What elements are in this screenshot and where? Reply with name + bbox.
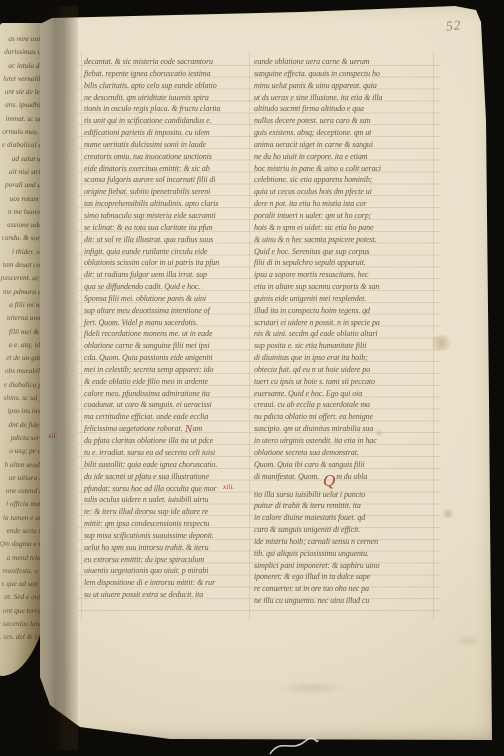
ruling-vertical-line bbox=[81, 51, 82, 621]
text-line: hoc mistriu in pane & uino u colit uerac… bbox=[254, 163, 432, 175]
manuscript-page: 52 decantat. & sic misteria eode sacramt… bbox=[40, 5, 492, 742]
text-line: decantat. & sic misteria eode sacramtoru bbox=[84, 56, 252, 68]
chapter-number-xiii: xiii. bbox=[223, 482, 234, 491]
text-line: tionis in osculo regis placa. & fructu c… bbox=[84, 103, 252, 115]
text-line: cda. Quom. Quia passionis eide unigeniti bbox=[84, 352, 252, 364]
manuscript-photo: as vere unicatdarissimas unitac intula d… bbox=[0, 0, 504, 756]
text-line: quia ut cecus oculus hois dm pfecte ui bbox=[254, 186, 432, 198]
text-line: fideli recordatione monens me. ut in ead… bbox=[84, 328, 252, 340]
folio-number: 52 bbox=[445, 17, 462, 35]
text-line: coadunat. ut caro & sanguis. ei ueraciss… bbox=[84, 399, 252, 411]
text-column-left: decantat. & sic misteria eode sacramtoru… bbox=[84, 56, 252, 601]
text-line: poralit intueri n ualet: qm ut ho corp; bbox=[254, 210, 432, 222]
text-line: altitudo sacmti firma altitudo e qua bbox=[254, 103, 432, 115]
text-line: anima ueracit uiget in carne & sangui bbox=[254, 139, 432, 151]
text-line: suscipio. qm ut diuinitas mirabilia sua bbox=[254, 423, 432, 435]
text-line: caro & sanguis unigeniti di efficit. bbox=[254, 524, 432, 536]
text-line: creatoris omiu. tua inuocatione unctioni… bbox=[84, 151, 252, 163]
text-line: eu extrorsu emittit: du ipse spiraculum bbox=[84, 554, 252, 566]
parchment-stain bbox=[455, 635, 481, 647]
text-line: sconsa fulgoris aurore sol incarnati fil… bbox=[84, 174, 252, 186]
text-line: te: & iteru illud deorsu sup ide altare … bbox=[84, 506, 252, 518]
text-line: bilis claritatis. apto celo sup eande ob… bbox=[84, 80, 252, 92]
text-line: du ide sacmti ut pfatu e sua illustratio… bbox=[84, 471, 252, 483]
text-line: origine fiebat. subito ipenetrabilis ser… bbox=[84, 186, 252, 198]
text-line: ma certitudine efficiat. unde eade eccli… bbox=[84, 411, 252, 423]
text-line: tis unit qui in scificatione candidandus… bbox=[84, 115, 252, 127]
text-line: sup altare meu deuotissima intentione of bbox=[84, 305, 252, 317]
bookmark-thread bbox=[266, 736, 320, 756]
text-line: qua se diffundendo cadit. Quid e hoc. bbox=[84, 281, 252, 293]
text-line: du pfata claritas oblatione illa ita ut … bbox=[84, 435, 252, 447]
text-line: nu pdicta oblatio mi offert. ea benigne bbox=[254, 411, 432, 423]
text-line: simo tabnaculo sup misteria eide sacramt… bbox=[84, 210, 252, 222]
text-line: sanguine effecta. quauis in conspectu ho bbox=[254, 68, 432, 80]
text-line: dit: ut sol re illa illustrat. qua radiu… bbox=[84, 234, 252, 246]
text-line: sup posita e. sic etia humanitate filii bbox=[254, 340, 432, 352]
text-line: ne du ho uiuit in corpore. ita e etiam bbox=[254, 151, 432, 163]
parchment-stain bbox=[441, 508, 455, 519]
text-line: hois & n spm ei uidet: sic etia ho pane bbox=[254, 222, 432, 234]
text-line: eide dinatoris exercituu emittit: & sic … bbox=[84, 163, 252, 175]
text-line: tuert cu ipsis ut hoie s. tami sii pecca… bbox=[254, 376, 432, 388]
text-line: tas incoprehensibilis altitudinis. apto … bbox=[84, 198, 252, 210]
text-line: fiebat. repente ignea choruscatio iestim… bbox=[84, 68, 252, 80]
text-line: eande oblatione uera carne & uerum bbox=[254, 56, 432, 68]
text-line: ipsu a sopore mortis resuscitans. hec bbox=[254, 269, 432, 281]
text-line: celebtione. sic etia apparens hominib; bbox=[254, 174, 432, 186]
text-line: uiuentis uegetationis quo uiuit. p mirab… bbox=[84, 565, 252, 577]
text-line: re conuerter. ut in ore tuo oho nec pa bbox=[254, 583, 432, 595]
text-line: tu e. irradiat. sursu ea ad secreta celi… bbox=[84, 447, 252, 459]
text-line: & eade oblatio eide filio meo in ardente bbox=[84, 376, 252, 388]
text-line: lem dispositione di e introrsu mittit: &… bbox=[84, 577, 252, 589]
parchment-stain bbox=[278, 681, 348, 695]
text-line: oblatione carne & sanguine filii mei ips… bbox=[84, 340, 252, 352]
text-line: di diuinitas que in ipso erat ita hoib; bbox=[254, 352, 432, 364]
text-line: talis oculus uidere n ualet. iuisibili u… bbox=[84, 494, 252, 506]
text-line: iponeret: & ego illud in ta dulce sape bbox=[254, 571, 432, 583]
text-line: Quid e hoc. Serenitas que sup corpus bbox=[254, 246, 432, 258]
text-line: oblatione secreta sua demonstrat. bbox=[254, 447, 432, 459]
text-line: creaui. cu ab ecclia p sacerdotale ma bbox=[254, 399, 432, 411]
text-line: infigit. quia eunde rutilante circulu ei… bbox=[84, 246, 252, 258]
text-line: puitur di trahit & iteru remittit. ita bbox=[254, 500, 432, 512]
text-line: sup misa scificationis suauissime deponi… bbox=[84, 530, 252, 542]
text-line: di manifestat. Quom. Qm du obla bbox=[254, 471, 432, 489]
text-line: se iclinat: & ea tota sua claritate ita … bbox=[84, 222, 252, 234]
text-column-right: eande oblatione uera carne & uerumsangui… bbox=[254, 56, 432, 607]
text-line: euersante. Quid e hoc. Ego qui oia bbox=[254, 388, 432, 400]
text-line: ne illu cu unguento. nec uinu illud cu bbox=[254, 595, 432, 607]
text-line: Sponsa filii mei. oblatione panis & uini bbox=[84, 293, 252, 305]
text-line: felicissima uegetatione roborat. Nam bbox=[84, 423, 252, 435]
text-line: mei in celestib; secreta semp apparet: i… bbox=[84, 364, 252, 376]
text-line: illud ita in conspectu hoim tegens. qd bbox=[254, 305, 432, 317]
text-line: nume ueritatis dulcissimi sonii in laude bbox=[84, 139, 252, 151]
text-line: bilit sustollit: quia eade ignea chorusc… bbox=[84, 459, 252, 471]
text-line: ut ds uerax e sine illusione. ita etia &… bbox=[254, 92, 432, 104]
text-line: guinis eide unigeniti mei resplendet. bbox=[254, 293, 432, 305]
rubric-initial: N bbox=[185, 423, 192, 435]
text-line: edificationi parietis di imposito. cu id… bbox=[84, 127, 252, 139]
text-line: scrutari ei uidere n possit. n in specie… bbox=[254, 317, 432, 329]
text-line: nis & uini. secdm qd eade oblatio altari bbox=[254, 328, 432, 340]
text-line: & uinu & n hec sacmta pspicere potest. bbox=[254, 234, 432, 246]
text-line: tib. qsi aliquis pciosissimu unguentu. bbox=[254, 548, 432, 560]
text-line: fert. Quom. Videl p manu sacerdotis. bbox=[84, 317, 252, 329]
chapter-number-xii: xii. bbox=[48, 431, 57, 440]
rubric-initial: Q bbox=[323, 472, 335, 489]
ruling-vertical-line bbox=[433, 51, 434, 621]
text-line: simplici pani imponeret: & saphiru uino bbox=[254, 560, 432, 572]
text-line: obtecta fuit. qd eu n ut hoie uidere po bbox=[254, 364, 432, 376]
text-line: ne descendit. qm uiriditate iuuenis spir… bbox=[84, 92, 252, 104]
text-line: tio illa sursu iuisibilit uelut i puncto bbox=[254, 489, 432, 501]
text-line: ide mistriu hoib; carnali sensu n cernen bbox=[254, 536, 432, 548]
text-line: guis existens. absq; deceptione. qm ut bbox=[254, 127, 432, 139]
text-line: in calore diuine maiestatis fouet. qd bbox=[254, 512, 432, 524]
text-line: uelut ho spm suu introrsu trahit. & iter… bbox=[84, 542, 252, 554]
text-line: dere n pot. ita etia ho mistia ista cor bbox=[254, 198, 432, 210]
text-line: calore meo. pfundissima admiratione ita bbox=[84, 388, 252, 400]
text-line: in utero uirginis ostendit. ita etia in … bbox=[254, 435, 432, 447]
text-line: etia in altare sup sacmtu corporis & san bbox=[254, 281, 432, 293]
text-line: nullus decere potest. uera caro & san bbox=[254, 115, 432, 127]
text-line: filii di in sepulchro sepulti apparuit. bbox=[254, 257, 432, 269]
text-line: su ut uiuere possit extra se deducit. it… bbox=[84, 589, 252, 601]
text-line: mittit: qm ipsa condescensionis respectu bbox=[84, 518, 252, 530]
text-line: Quom. Quia ibi caro & sanguis filii bbox=[254, 459, 432, 471]
text-line: oblationis scissim calor in ui patris it… bbox=[84, 257, 252, 269]
text-line: minu uelut panis & uinu appareat. quia bbox=[254, 80, 432, 92]
text-line: dit: ut radians fulgor uem illa irrat. s… bbox=[84, 269, 252, 281]
